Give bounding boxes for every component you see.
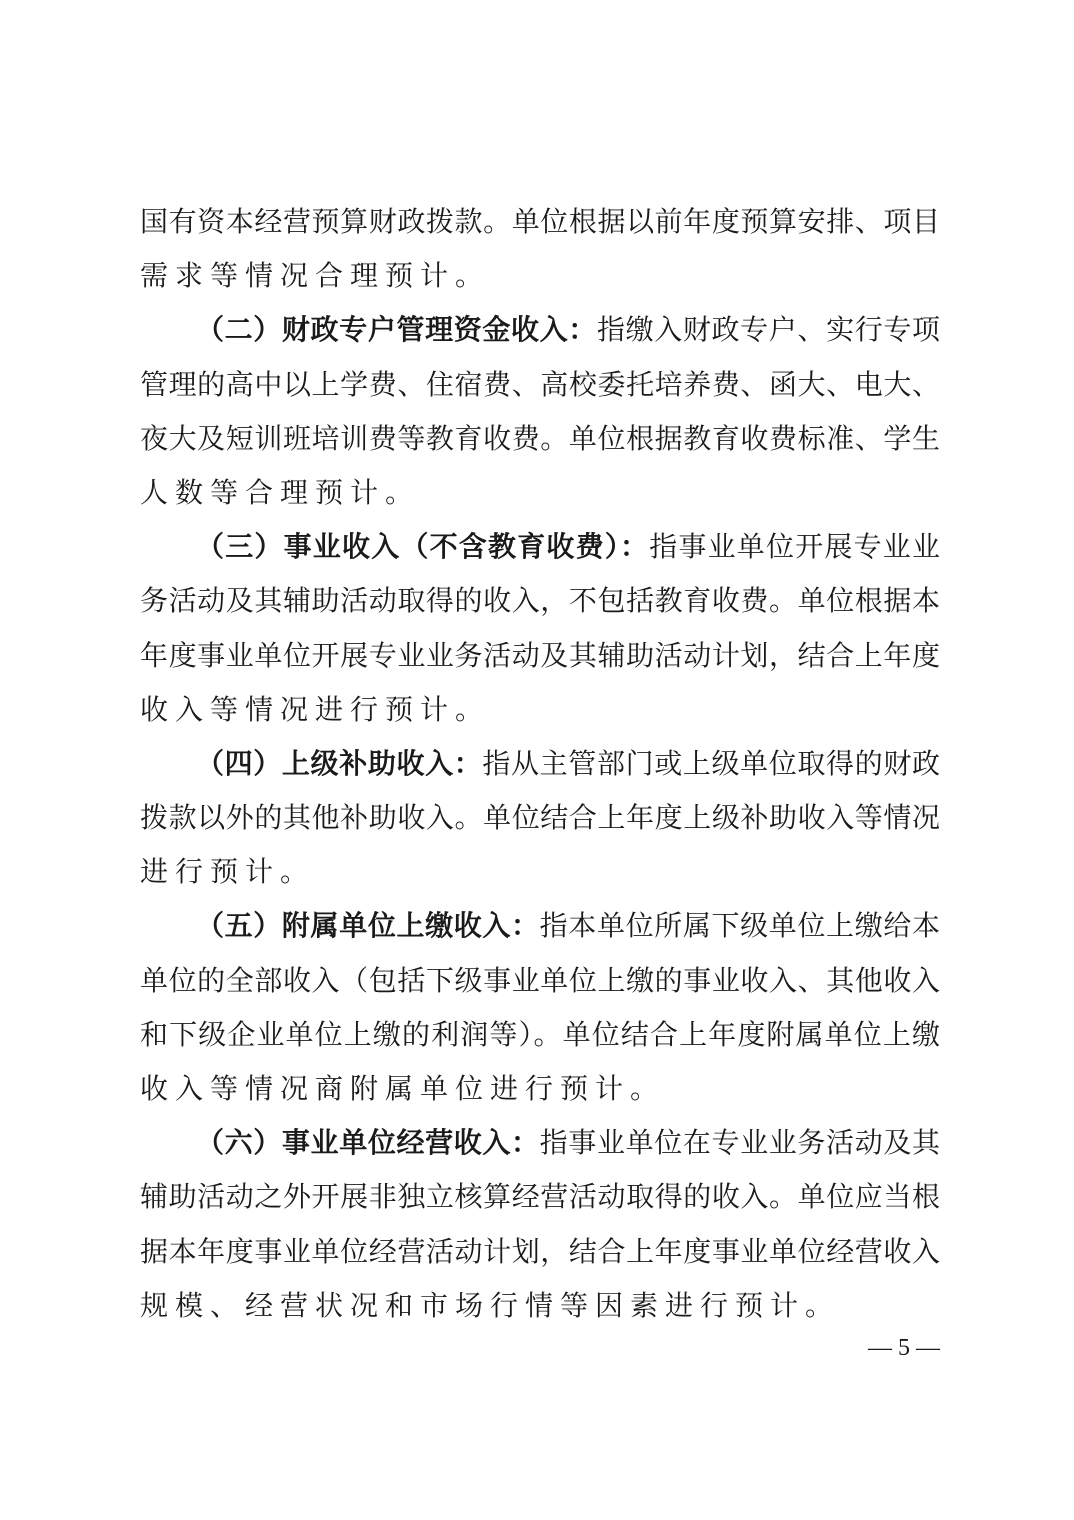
text-line: 拨款以外的其他补助收入。单位结合上年度上级补助收入等情况 bbox=[140, 791, 940, 845]
text-line: 和下级企业单位上缴的利润等）。单位结合上年度附属单位上缴 bbox=[140, 1008, 940, 1062]
text-span: 指缴入财政专户、实行专项 bbox=[597, 313, 940, 346]
text-span: 指事业单位开展专业业 bbox=[649, 530, 940, 563]
text-line: 收入等情况进行预计。 bbox=[140, 683, 940, 737]
section-heading-6: （六）事业单位经营收入： bbox=[196, 1126, 540, 1159]
text-line: 务活动及其辅助活动取得的收入，不包括教育收费。单位根据本 bbox=[140, 574, 940, 628]
text-line: 据本年度事业单位经营活动计划，结合上年度事业单位经营收入 bbox=[140, 1225, 940, 1279]
text-line: 人数等合理预计。 bbox=[140, 466, 940, 520]
section-heading-3: （三）事业收入（不含教育收费）： bbox=[196, 530, 649, 563]
text-span: 指本单位所属下级单位上缴给本 bbox=[540, 909, 940, 942]
paragraph-heading-line: （五）附属单位上缴收入：指本单位所属下级单位上缴给本 bbox=[140, 899, 940, 953]
text-line: 国有资本经营预算财政拨款。单位根据以前年度预算安排、项目 bbox=[140, 195, 940, 249]
paragraph-heading-line: （三）事业收入（不含教育收费）：指事业单位开展专业业 bbox=[140, 520, 940, 574]
paragraph-heading-line: （二）财政专户管理资金收入：指缴入财政专户、实行专项 bbox=[140, 303, 940, 357]
text-span: 指从主管部门或上级单位取得的财政 bbox=[482, 747, 940, 780]
text-line: 夜大及短训班培训费等教育收费。单位根据教育收费标准、学生 bbox=[140, 412, 940, 466]
document-body: 国有资本经营预算财政拨款。单位根据以前年度预算安排、项目 需求等情况合理预计。 … bbox=[140, 195, 940, 1333]
text-line: 需求等情况合理预计。 bbox=[140, 249, 940, 303]
text-line: 辅助活动之外开展非独立核算经营活动取得的收入。单位应当根 bbox=[140, 1170, 940, 1224]
paragraph-heading-line: （四）上级补助收入：指从主管部门或上级单位取得的财政 bbox=[140, 737, 940, 791]
text-line: 收入等情况商附属单位进行预计。 bbox=[140, 1062, 940, 1116]
text-line: 管理的高中以上学费、住宿费、高校委托培养费、函大、电大、 bbox=[140, 358, 940, 412]
text-line: 年度事业单位开展专业业务活动及其辅助活动计划，结合上年度 bbox=[140, 629, 940, 683]
page-number: — 5 — bbox=[860, 1335, 940, 1362]
paragraph-heading-line: （六）事业单位经营收入：指事业单位在专业业务活动及其 bbox=[140, 1116, 940, 1170]
text-line: 单位的全部收入（包括下级事业单位上缴的事业收入、其他收入 bbox=[140, 954, 940, 1008]
section-heading-2: （二）财政专户管理资金收入： bbox=[196, 313, 597, 346]
text-line: 规模、经营状况和市场行情等因素进行预计。 bbox=[140, 1279, 940, 1333]
text-span: 指事业单位在专业业务活动及其 bbox=[540, 1126, 940, 1159]
text-line: 进行预计。 bbox=[140, 845, 940, 899]
section-heading-4: （四）上级补助收入： bbox=[196, 747, 482, 780]
section-heading-5: （五）附属单位上缴收入： bbox=[196, 909, 540, 942]
